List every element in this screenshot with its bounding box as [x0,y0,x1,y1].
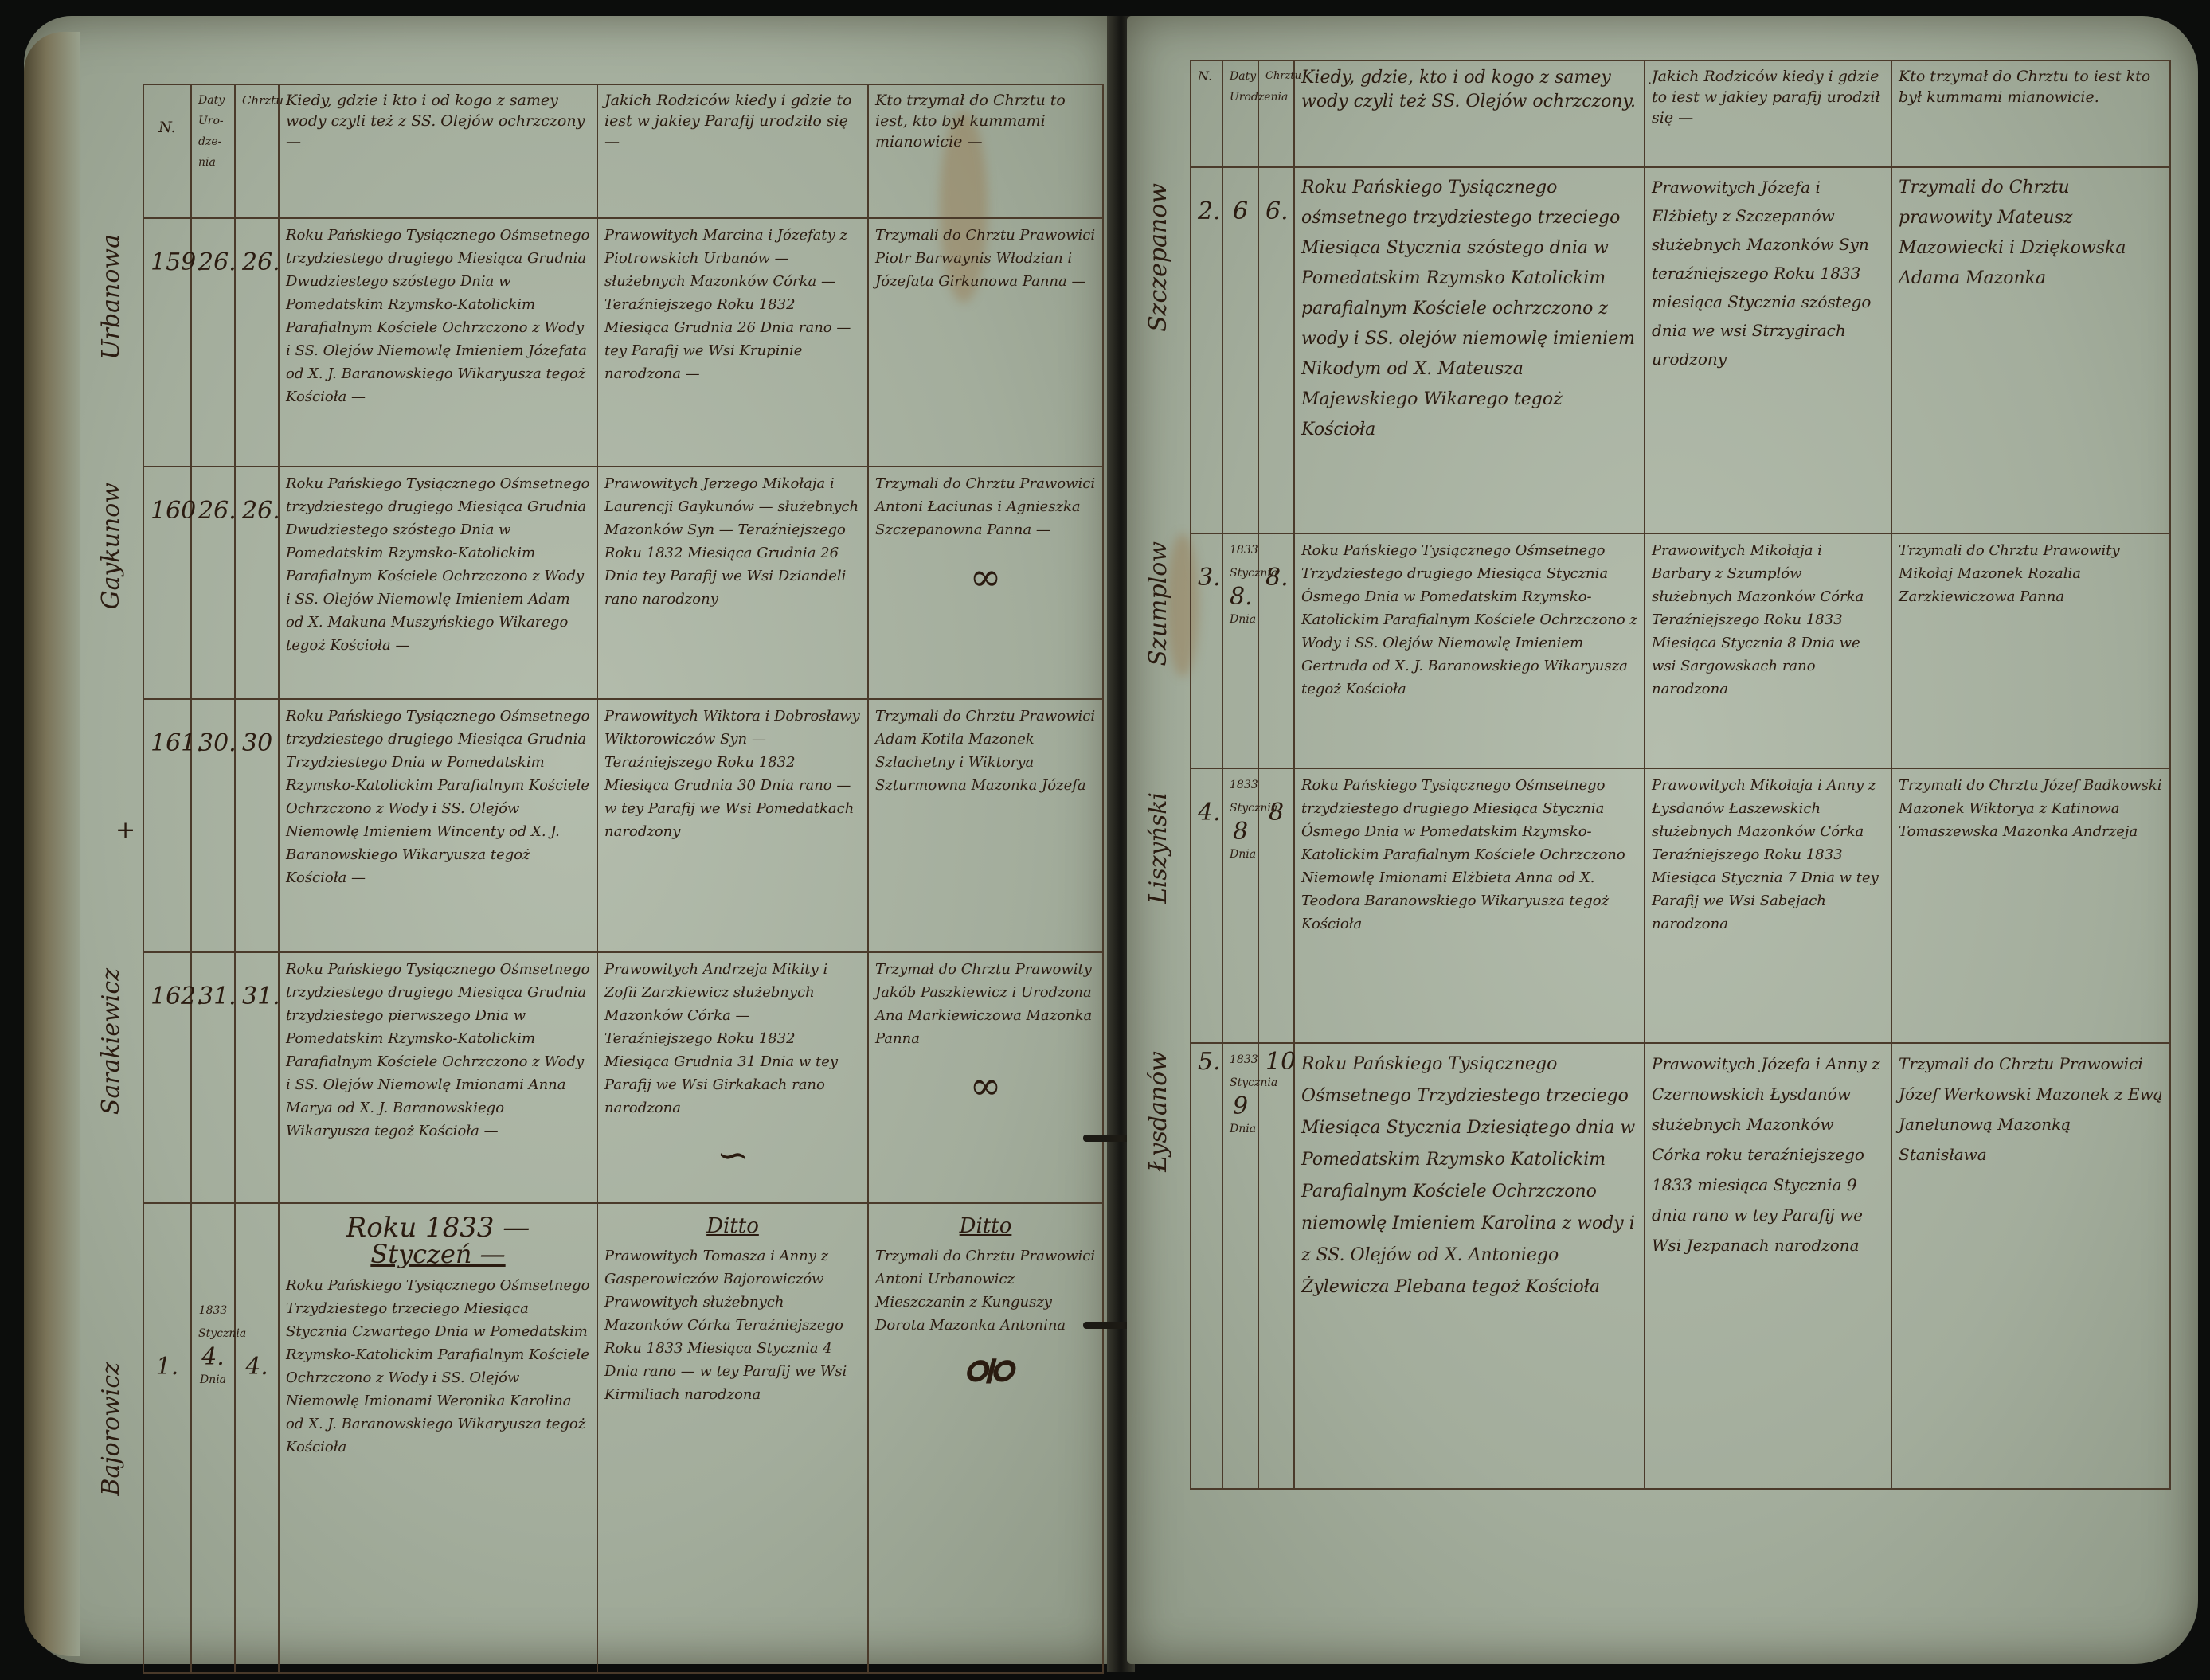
born-label: Uro-dze-nia [198,111,228,173]
col-parents: Jakich Rodziców kiedy i gdzie to iest w … [597,84,868,218]
margin-surname: Urbanowa [100,234,123,360]
margin-surname: Szumplow [1147,541,1170,666]
col-baptized: Chrztu [1258,61,1294,167]
birth-year-month-note: 1833 Stycznia [1230,774,1251,820]
col-godparents: Kto trzymał do Chrztu to iest kto był ku… [1891,61,2170,167]
baptism-record: Roku Pańskiego Tysiącznego ośmsetnego tr… [1294,167,1645,533]
header-row: N. DatyUro-dze-nia Chrztu Kiedy, gdzie i… [100,84,1103,218]
parents-record: Prawowitych Marcina i Józefaty z Piotrow… [597,218,868,467]
entry-number: 2. [1191,167,1222,533]
register-entry: Liszyński 4. 1833 Stycznia 8 Dnia 8 Roku… [1143,768,2170,1043]
godparents-record: Trzymali do Chrztu prawowity Mateusz Maz… [1891,167,2170,533]
register-spread: N. DatyUro-dze-nia Chrztu Kiedy, gdzie i… [24,16,2198,1672]
baptism-day: 31. [235,952,279,1203]
ditto-mark: Ditto [875,1215,1096,1238]
register-entry: Sarakiewicz 162. 31. 31. Roku Pańskiego … [100,952,1103,1203]
col-parents: Jakich Rodziców kiedy i gdzie to iest w … [1645,61,1891,167]
birth-year-month-note: 1833 Stycznia [198,1299,228,1346]
parents-record: Ditto Prawowitych Tomasza i Anny z Gaspe… [597,1203,868,1673]
born-label: Urodzenia [1230,87,1251,107]
register-entry: Bajorowicz 1. 1833 Stycznia 4. Dnia 4. R… [100,1203,1103,1673]
baptism-day: 26. [235,218,279,467]
baptism-day: 10 [1258,1043,1294,1489]
register-entry: Gaykunow 160 26. 26. Roku Pańskiego Tysi… [100,467,1103,699]
parents-record: Prawowitych Wiktora i Dobrosławy Wiktoro… [597,699,868,952]
godparents-record: Trzymał do Chrztu Prawowity Jakób Paszki… [868,952,1103,1203]
baptism-record: Roku 1833 — Styczeń — Roku Pańskiego Tys… [279,1203,597,1673]
col-baptized: Chrztu [235,84,279,218]
godparents-record: Ditto Trzymali do Chrztu Prawowici Anton… [868,1203,1103,1673]
godparents-record: Trzymali do Chrztu Prawowity Mikołaj Maz… [1891,533,2170,768]
right-page: N. DatyUrodzenia Chrztu Kiedy, gdzie, kt… [1127,16,2198,1664]
birth-day-suffix: Dnia [1230,843,1251,866]
col-born: DatyUrodzenia [1222,61,1258,167]
baptism-day: 4. [235,1203,279,1673]
parents-record: Prawowitych Jerzego Mikołaja i Laurencji… [597,467,868,699]
cross-mark: + [115,819,135,842]
birth-day-suffix: Dnia [1230,1118,1251,1141]
parents-text: Prawowitych Tomasza i Anny z Gasperowicz… [604,1248,847,1403]
margin-surname: Liszyński [1147,792,1170,904]
col-where-when: Kiedy, gdzie i kto i od kogo z samey wod… [279,84,597,218]
header-row: N. DatyUrodzenia Chrztu Kiedy, gdzie, kt… [1143,61,2170,167]
baptism-day: 6. [1258,167,1294,533]
godparents-record: Trzymali do Chrztu Prawowici Józef Werko… [1891,1043,2170,1489]
register-entry: Szumplow 3. 1833 Stycznia 8. Dnia 8. Rok… [1143,533,2170,768]
baptism-record: Roku Pańskiego Tysiącznego Ośmsetnego tr… [279,699,597,952]
godparents-text: Trzymał do Chrztu Prawowity Jakób Paszki… [875,961,1092,1047]
birth-year-month-note: 1833 Stycznia [1230,1049,1251,1095]
left-page: N. DatyUro-dze-nia Chrztu Kiedy, gdzie i… [24,16,1115,1664]
col-where-when: Kiedy, gdzie, kto i od kogo z samey wody… [1294,61,1645,167]
entry-number: 161. [143,699,191,952]
section-year-heading: Roku 1833 — [286,1217,590,1240]
entry-number: 159. [143,218,191,467]
entry-number: 1. [143,1203,191,1673]
birth-day: 1833 Stycznia 8 Dnia [1222,768,1258,1043]
page-edge-texture [24,32,80,1656]
parents-record: Prawowitych Józefa i Anny z Czernowskich… [1645,1043,1891,1489]
godparents-text: Trzymali do Chrztu Prawowici Antoni Urba… [875,1248,1095,1334]
baptism-record: Roku Pańskiego Tysiącznego Ośmsetnego Tr… [1294,1043,1645,1489]
parents-record: Prawowitych Mikołaja i Anny z Łysdanów Ł… [1645,768,1891,1043]
col-no: N. [143,84,191,218]
baptism-day: 26. [235,467,279,699]
register-entry: Urbanowa 159. 26. 26. Roku Pańskiego Tys… [100,218,1103,467]
right-register-table: N. DatyUrodzenia Chrztu Kiedy, gdzie, kt… [1143,60,2171,1490]
margin-surname: Szczepanow [1147,183,1170,332]
birth-day-value: 4. [201,1343,225,1371]
flourish-mark: ∽ [604,1135,861,1175]
birth-day: 1833 Stycznia 8. Dnia [1222,533,1258,768]
baptism-record: Roku Pańskiego Tysiącznego Ośmsetnego tr… [1294,768,1645,1043]
baptism-record: Roku Pańskiego Tysiącznego Ośmsetnego tr… [279,218,597,467]
margin-surname: Łysdanów [1147,1051,1170,1172]
margin-surname: Bajorowicz [100,1362,123,1496]
register-entry: Szczepanow 2. 6 6. Roku Pańskiego Tysiąc… [1143,167,2170,533]
dates-label: Daty [1230,66,1251,87]
col-born: DatyUro-dze-nia [191,84,235,218]
flourish-mark: ⚮ [875,1353,1096,1393]
flourish-mark: ∞ [875,1066,1096,1106]
dates-label: Daty [198,90,228,111]
col-no: N. [1191,61,1222,167]
entry-number: 3. [1191,533,1222,768]
baptism-day: 30 [235,699,279,952]
birth-day: 26. [191,218,235,467]
margin-surname: Sarakiewicz [100,968,123,1115]
baptism-record: Roku Pańskiego Tysiącznego Ośmsetnego tr… [279,952,597,1203]
birth-day-value: 8. [1230,583,1253,611]
birth-day: 6 [1222,167,1258,533]
entry-number: 5. [1191,1043,1222,1489]
godparents-record: Trzymali do Chrztu Prawowici Piotr Barwa… [868,218,1103,467]
birth-day-suffix: Dnia [198,1369,228,1392]
birth-day-value: 8 [1233,818,1248,846]
left-register-table: N. DatyUro-dze-nia Chrztu Kiedy, gdzie i… [100,84,1104,1674]
parents-record: Prawowitych Józefa i Elżbiety z Szczepan… [1645,167,1891,533]
godparents-text: Trzymali do Chrztu Prawowici Antoni Łaci… [875,475,1095,538]
birth-day: 26. [191,467,235,699]
register-entry: Łysdanów 5. 1833 Stycznia 9 Dnia 10 Roku… [1143,1043,2170,1489]
entry-number: 162. [143,952,191,1203]
birth-day: 31. [191,952,235,1203]
birth-day-value: 9 [1233,1092,1248,1120]
record-text: Roku Pańskiego Tysiącznego Ośmsetnego Tr… [286,1277,589,1455]
entry-number: 160 [143,467,191,699]
godparents-record: Trzymali do Chrztu Prawowici Antoni Łaci… [868,467,1103,699]
baptism-record: Roku Pańskiego Tysiącznego Ośmsetnego Tr… [1294,533,1645,768]
parents-record: Prawowitych Mikołaja i Barbary z Szumpló… [1645,533,1891,768]
godparents-record: Trzymali do Chrztu Prawowici Adam Kotila… [868,699,1103,952]
godparents-record: Trzymali do Chrztu Józef Badkowski Mazon… [1891,768,2170,1043]
register-entry: + 161. 30. 30 Roku Pańskiego Tysiącznego… [100,699,1103,952]
flourish-mark: ∞ [875,557,1096,597]
col-godparents: Kto trzymał do Chrztu to iest, kto był k… [868,84,1103,218]
entry-number: 4. [1191,768,1222,1043]
section-month-heading: Styczeń — [286,1243,590,1266]
ditto-mark: Ditto [604,1215,861,1238]
birth-day-suffix: Dnia [1230,608,1251,631]
margin-surname: Gaykunow [100,483,123,609]
birth-day: 1833 Stycznia 9 Dnia [1222,1043,1258,1489]
birth-day: 1833 Stycznia 4. Dnia [191,1203,235,1673]
parents-record: Prawowitych Andrzeja Mikity i Zofii Zarz… [597,952,868,1203]
birth-year-month-note: 1833 Stycznia [1230,539,1251,585]
parents-text: Prawowitych Andrzeja Mikity i Zofii Zarz… [604,961,838,1116]
birth-day: 30. [191,699,235,952]
baptism-record: Roku Pańskiego Tysiącznego Ośmsetnego tr… [279,467,597,699]
